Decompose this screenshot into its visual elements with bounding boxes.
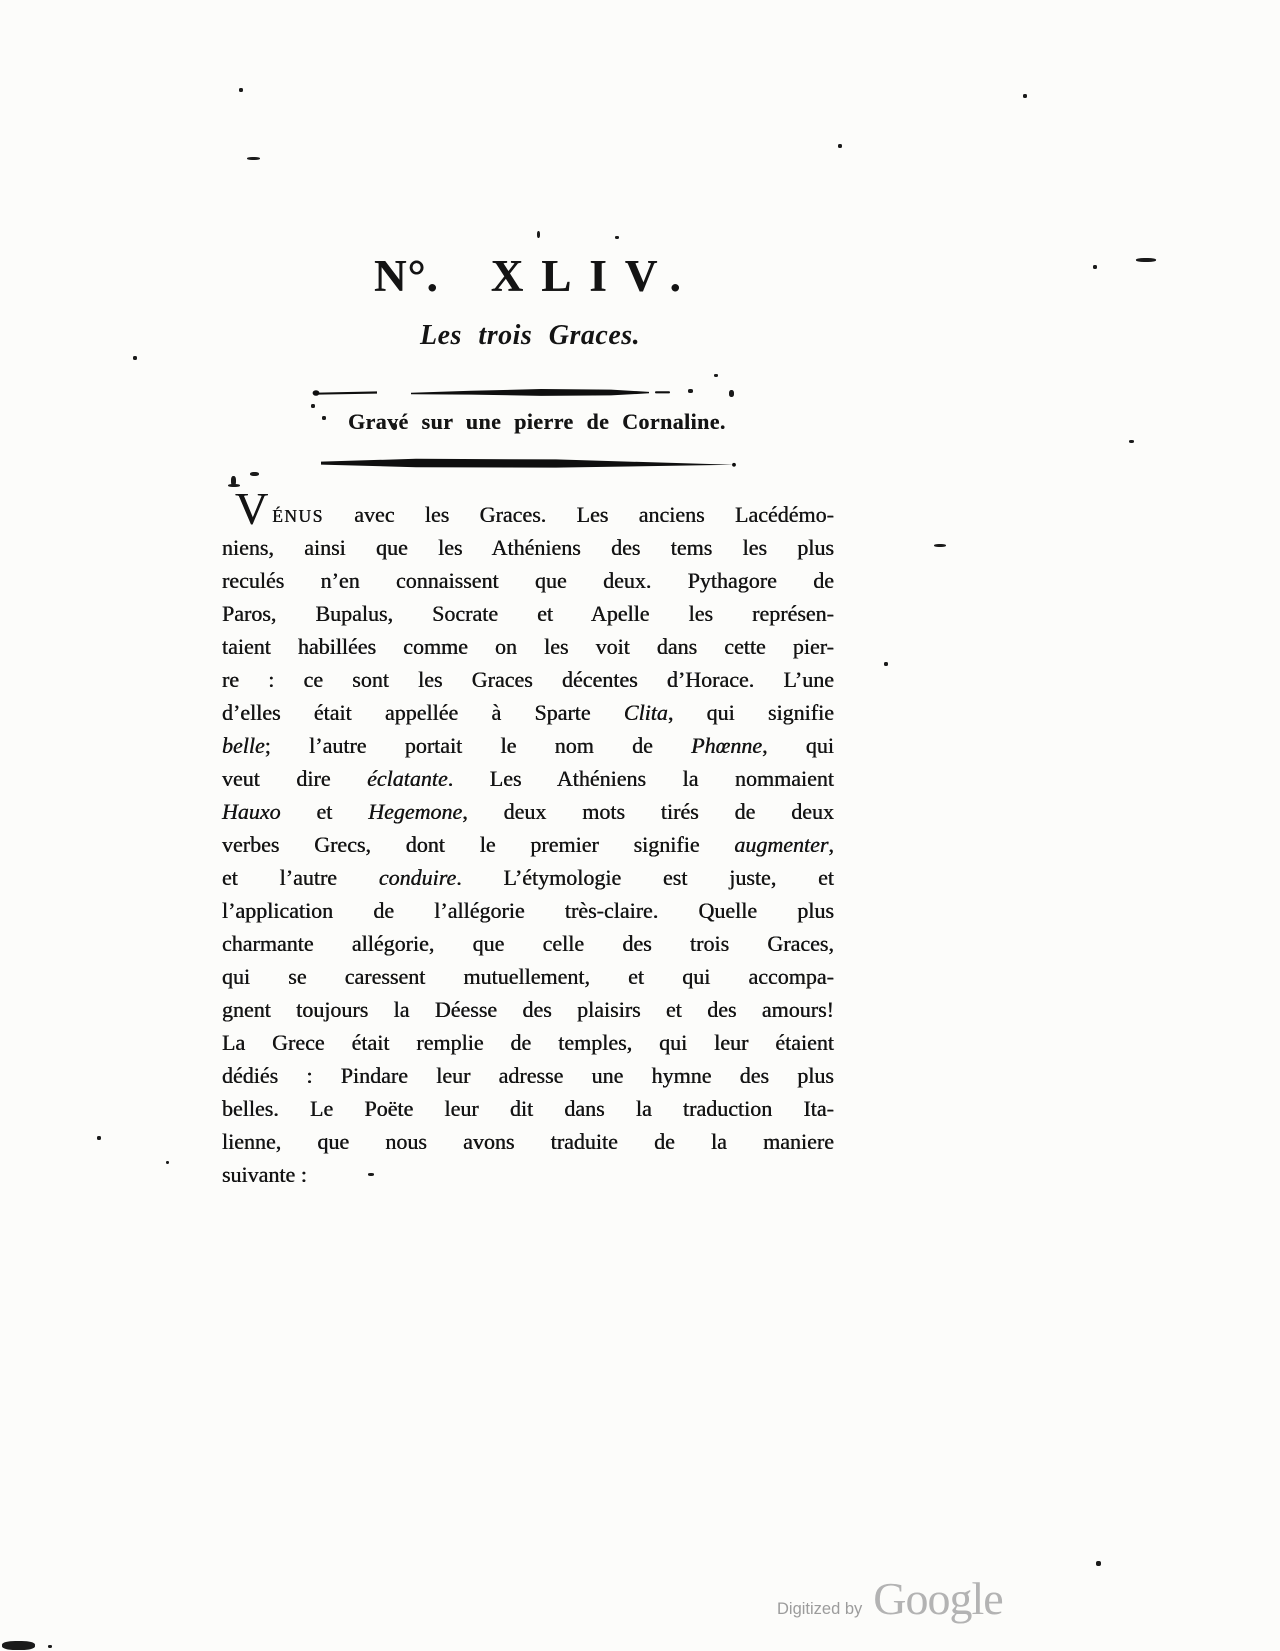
plate-number-prefix: N°. [374,251,439,301]
text-line: re : ce sont les Graces décentes d’Horac… [222,663,834,696]
text-line: veut dire éclatante. Les Athéniens la no… [222,762,834,795]
text-line: VÉNUS avec les Graces. Les anciens Lacéd… [222,498,834,531]
text-segment: et [281,799,369,824]
text-line: gnent toujours la Déesse des plaisirs et… [222,993,834,1026]
text-line: taient habillées comme on les voit dans … [222,630,834,663]
text-segment: suivante : [222,1162,307,1187]
text-segment: avec les Graces. Les anciens Lacédémo- [324,502,834,527]
text-line: belle; l’autre portait le nom de Phœnne,… [222,729,834,762]
text-line: qui se caressent mutuellement, et qui ac… [222,960,834,993]
text-segment: d’elles était appellée à Sparte [222,700,624,725]
ink-speck [1093,265,1097,269]
ink-speck [884,662,888,666]
text-segment: taient habillées comme on les voit dans … [222,634,834,659]
ink-speck [729,390,734,397]
text-segment: et l’autre [222,865,379,890]
text-segment: ; l’autre portait le nom de [265,733,691,758]
ink-speck [537,231,540,238]
ornamental-rule-top [311,383,673,401]
italic-text: Clita [624,700,668,725]
drop-cap: V [235,483,268,534]
plate-subtitle: Les trois Graces. [420,320,640,352]
ink-speck [166,1161,169,1164]
ink-speck [228,484,240,487]
text-line: lienne, que nous avons traduite de la ma… [222,1125,834,1158]
text-line: La Grece était remplie de temples, qui l… [222,1026,834,1059]
ink-speck [392,423,397,430]
italic-text: Hauxo [222,799,281,824]
text-segment: verbes Grecs, dont le premier signifie [222,832,734,857]
text-segment: niens, ainsi que les Athéniens des tems … [222,535,834,560]
body-text: VÉNUS avec les Graces. Les anciens Lacéd… [222,498,834,1191]
text-line: d’elles était appellée à Sparte Clita, q… [222,696,834,729]
text-segment: ÉNUS [272,506,324,526]
plate-number-heading: N°.XLIV. [374,250,699,302]
ink-speck [1023,94,1027,98]
text-segment: . L’étymologie est juste, et [456,865,834,890]
ink-speck [1129,440,1134,443]
text-segment: La Grece était remplie de temples, qui l… [222,1030,834,1055]
ink-speck [48,1645,52,1648]
text-segment: charmante allégorie, que celle des trois… [222,931,834,956]
ink-speck [311,404,315,408]
ink-speck [1136,258,1156,262]
ink-speck [615,236,619,239]
scanned-book-page: N°.XLIV. Les trois Graces. Gravé sur une… [0,0,1280,1651]
watermark-label: Digitized by [777,1600,862,1619]
ink-speck [934,544,946,547]
text-segment: dédiés : Pindare leur adresse une hymne … [222,1063,834,1088]
italic-text: éclatante [367,766,448,791]
text-segment: , deux mots tirés de deux [462,799,834,824]
ink-speck [97,1136,101,1140]
text-segment: Paros, Bupalus, Socrate et Apelle les re… [222,601,834,626]
text-segment: reculés n’en connaissent que deux. Pytha… [222,568,834,593]
text-line: Hauxo et Hegemone, deux mots tirés de de… [222,795,834,828]
text-segment: veut dire [222,766,367,791]
italic-text: Phœnne [691,733,762,758]
text-segment: . Les Athéniens la nommaient [448,766,834,791]
text-segment: , qui [762,733,834,758]
ink-speck [133,356,137,360]
italic-text: Hegemone [368,799,462,824]
text-segment: re : ce sont les Graces décentes d’Horac… [222,667,834,692]
text-segment: , qui signifie [668,700,834,725]
ink-speck [368,1173,374,1176]
plate-number-roman: XLIV. [491,251,699,301]
text-segment: gnent toujours la Déesse des plaisirs et… [222,997,834,1022]
ink-speck [239,88,243,92]
plate-caption: Gravé sur une pierre de Cornaline. [348,409,726,435]
text-line: niens, ainsi que les Athéniens des tems … [222,531,834,564]
text-line: suivante : [222,1158,834,1191]
italic-text: belle [222,733,265,758]
text-line: Paros, Bupalus, Socrate et Apelle les re… [222,597,834,630]
ink-speck [688,389,693,393]
google-watermark: Digitized by Google [777,1572,1003,1625]
text-line: charmante allégorie, que celle des trois… [222,927,834,960]
text-segment: lienne, que nous avons traduite de la ma… [222,1129,834,1154]
google-logo-text: Google [873,1572,1002,1625]
text-segment: , [829,832,835,857]
text-line: l’application de l’allégorie très-claire… [222,894,834,927]
ink-speck [247,157,260,160]
ink-speck [322,416,326,420]
ink-speck [250,472,259,476]
ornamental-rule-bottom [321,457,741,471]
text-segment: l’application de l’allégorie très-claire… [222,898,834,923]
text-line: et l’autre conduire. L’étymologie est ju… [222,861,834,894]
ink-speck [714,374,718,377]
italic-text: conduire [379,865,456,890]
text-line: reculés n’en connaissent que deux. Pytha… [222,564,834,597]
text-line: dédiés : Pindare leur adresse une hymne … [222,1059,834,1092]
ink-speck [838,144,842,148]
ink-speck [1096,1561,1101,1566]
text-segment: qui se caressent mutuellement, et qui ac… [222,964,834,989]
text-segment: belles. Le Poëte leur dit dans la traduc… [222,1096,834,1121]
ink-speck [2,1641,35,1650]
italic-text: augmenter [734,832,828,857]
text-line: verbes Grecs, dont le premier signifie a… [222,828,834,861]
text-line: belles. Le Poëte leur dit dans la traduc… [222,1092,834,1125]
